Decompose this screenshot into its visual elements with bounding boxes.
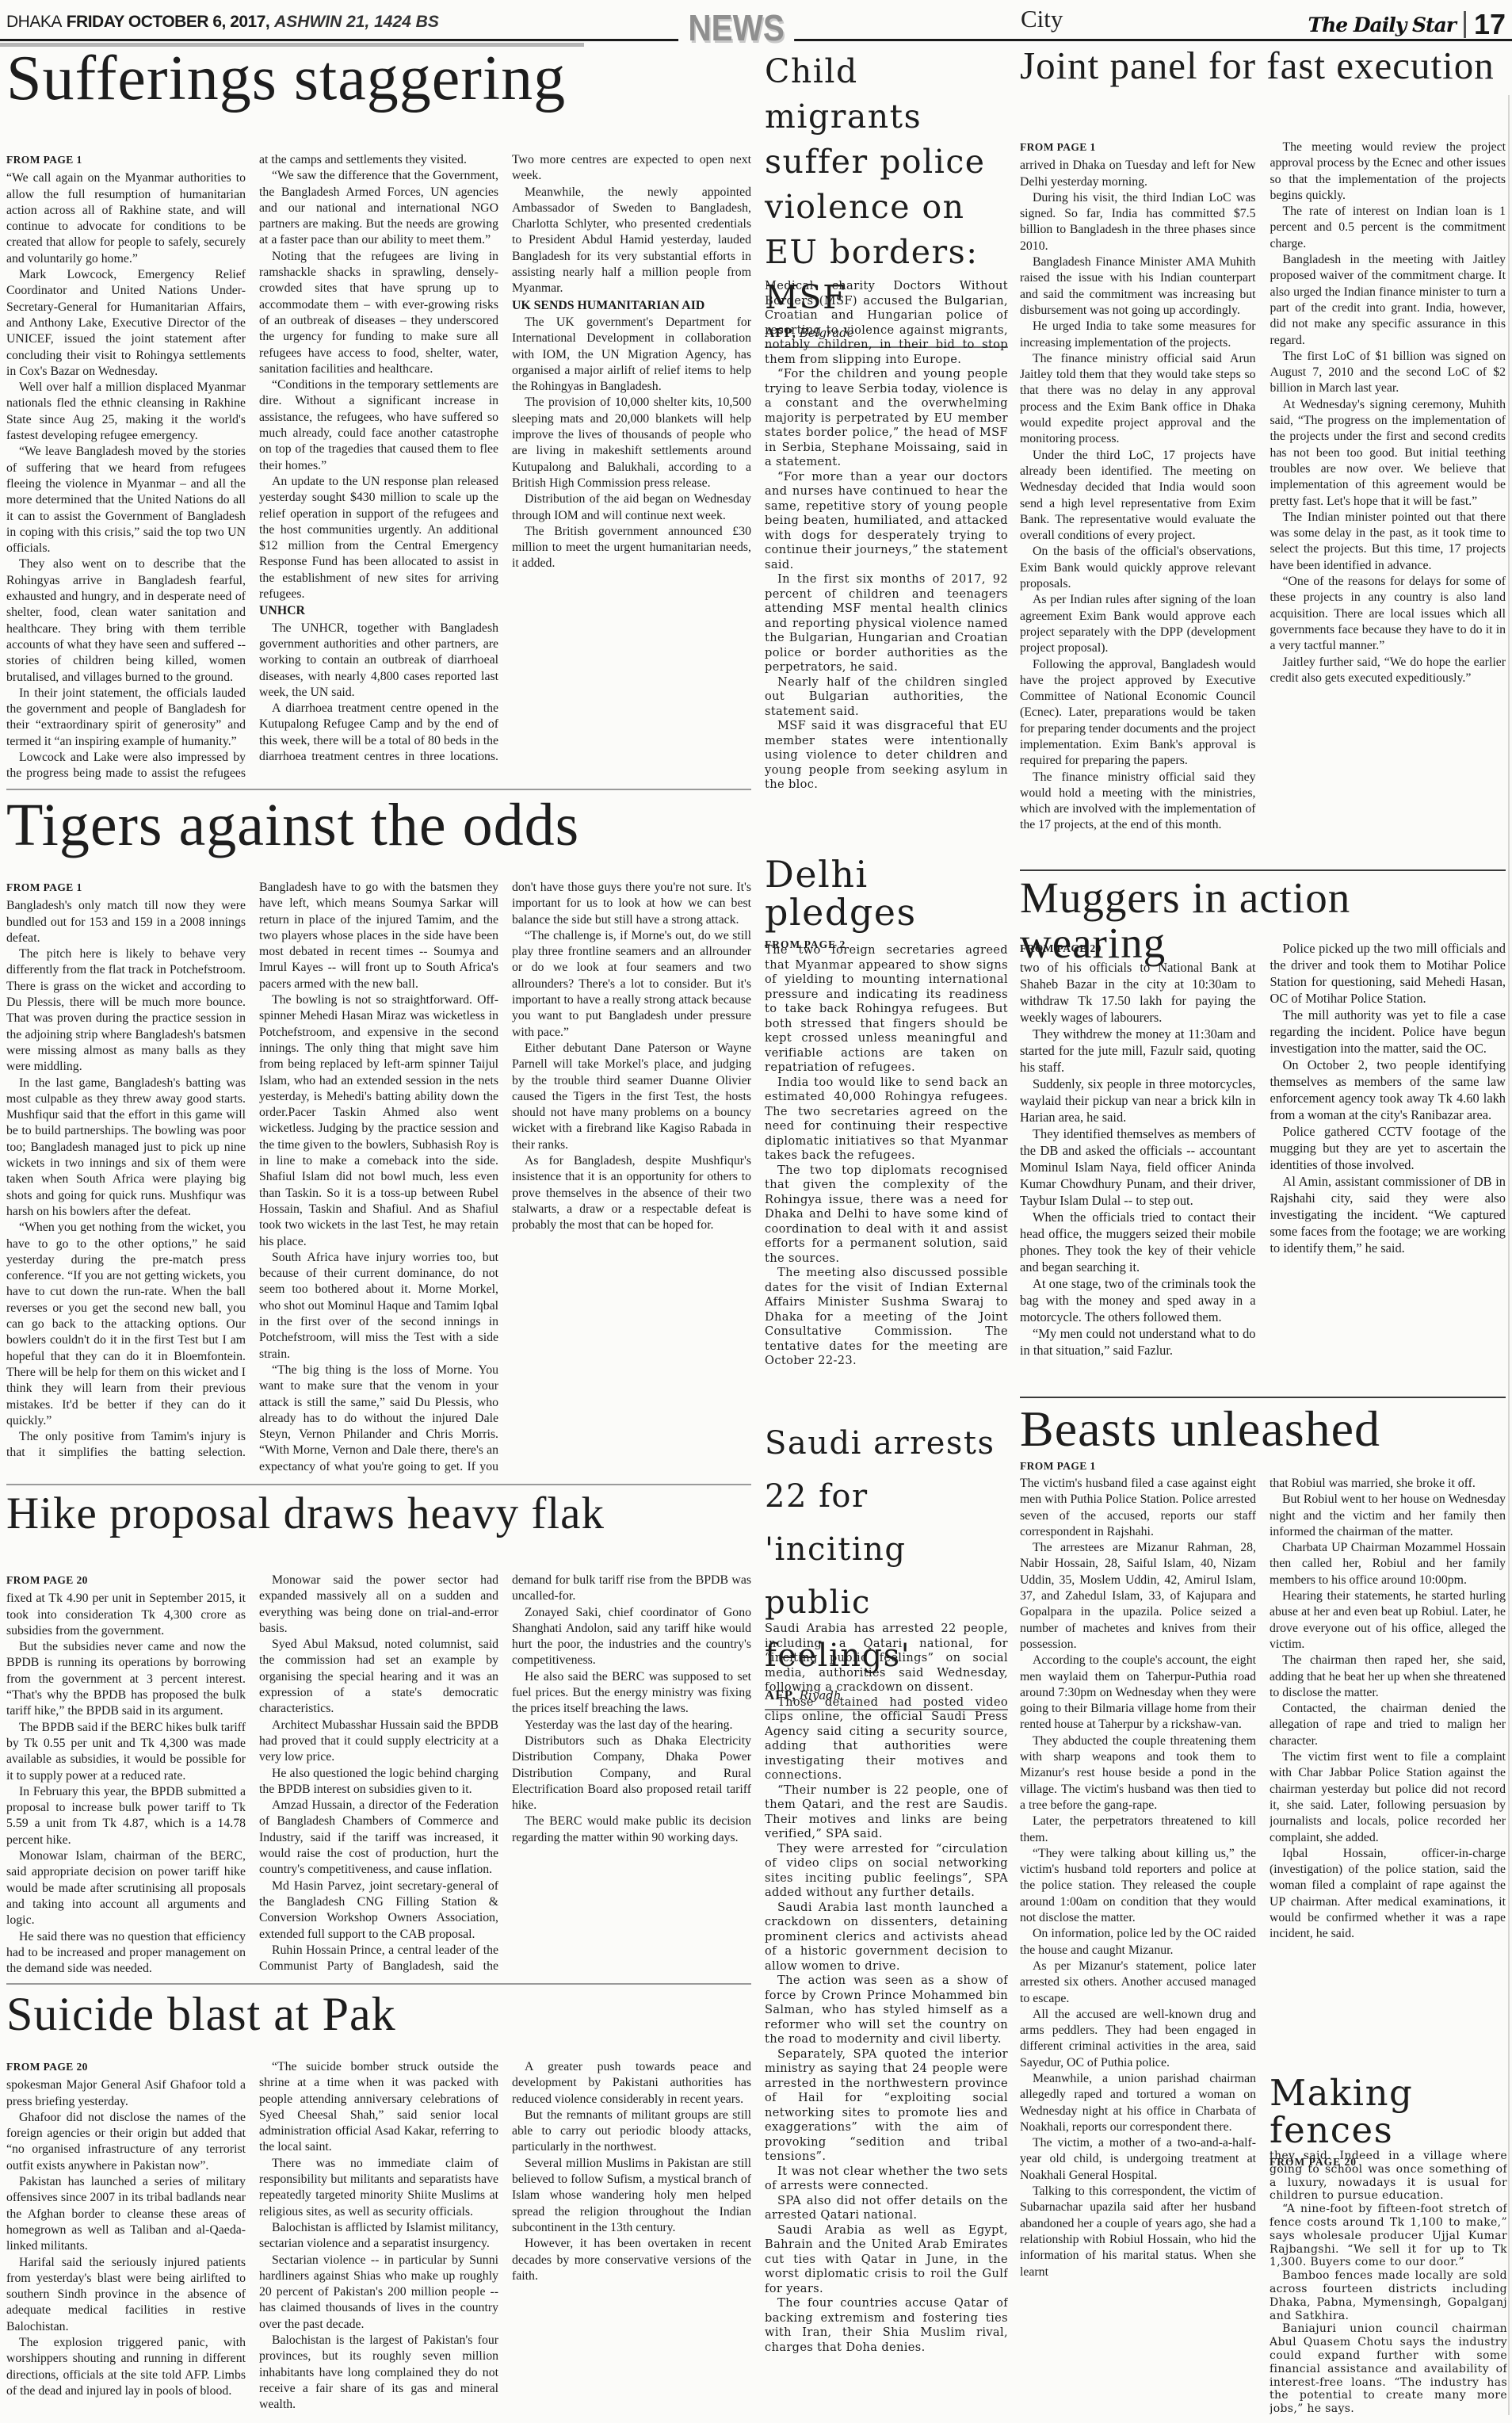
paragraph: Noting that the refugees are living in r… xyxy=(259,249,498,377)
paragraph: A greater push towards peace and develop… xyxy=(512,2059,751,2108)
headline: Sufferings staggering xyxy=(6,46,751,112)
paragraph: Jaitley further said, “We do hope the ea… xyxy=(1270,655,1506,687)
paragraph: The finance ministry official said they … xyxy=(1020,770,1256,834)
article-beasts: Beasts unleashed xyxy=(1020,1403,1506,1456)
headline: Joint panel for fast execution xyxy=(1020,46,1506,86)
paragraph: Yesterday was the last day of the hearin… xyxy=(512,1718,751,1733)
paragraph: Bangladesh's only match till now they we… xyxy=(6,898,246,946)
paragraph: Amzad Hussain, a director of the Federat… xyxy=(259,1798,498,1878)
divider xyxy=(6,789,751,790)
paragraph: The British government announced £30 mil… xyxy=(512,524,751,572)
kicker: FROM PAGE 1 xyxy=(6,152,246,168)
paragraph: Md Hasin Parvez, joint secretary-general… xyxy=(259,1878,498,1943)
paragraph: At one stage, two of the criminals took … xyxy=(1020,1275,1256,1325)
article-tigers-body: FROM PAGE 1 Bangladesh's only match till… xyxy=(6,880,751,1476)
paragraph: But the remnants of militant groups are … xyxy=(512,2108,751,2156)
article-child-body: Medical charity Doctors Without Borders … xyxy=(765,279,1008,843)
paragraph: The provision of 10,000 shelter kits, 10… xyxy=(512,395,751,491)
paragraph: South Africa have injury worries too, bu… xyxy=(259,1250,498,1362)
paragraph: Bangladesh in the meeting with Jaitley p… xyxy=(1270,252,1506,349)
paragraph: Distributors such as Dhaka Electricity D… xyxy=(512,1733,751,1813)
paragraph: Well over half a million displaced Myanm… xyxy=(6,380,246,444)
paragraph: Monowar said the power sector had expand… xyxy=(259,1573,498,1637)
dateline-date: FRIDAY OCTOBER 6, 2017, xyxy=(67,13,270,31)
newspaper-page: DHAKA FRIDAY OCTOBER 6, 2017, ASHWIN 21,… xyxy=(0,0,1512,2423)
paragraph: Harifal said the seriously injured patie… xyxy=(6,2255,246,2335)
masthead-separator xyxy=(1464,11,1466,38)
paragraph: Baniajuri union council chairman Abul Qu… xyxy=(1270,2322,1507,2416)
paragraph: The action was seen as a show of force b… xyxy=(765,1974,1008,2047)
paragraph: Saudi Arabia as well as Egypt, Bahrain a… xyxy=(765,2223,1008,2297)
paragraph: India too would like to send back an est… xyxy=(765,1076,1008,1164)
kicker: FROM PAGE 1 xyxy=(1020,139,1256,155)
paragraph: Several million Muslims in Pakistan are … xyxy=(512,2156,751,2236)
paragraph: Saudi Arabia last month launched a crack… xyxy=(765,1901,1008,1974)
paragraph: The UNHCR, together with Bangladesh gove… xyxy=(259,621,498,701)
paragraph: As per Indian rules after signing of the… xyxy=(1020,592,1256,656)
paragraph: Distribution of the aid began on Wednesd… xyxy=(512,491,751,524)
paragraph: Meanwhile, the newly appointed Ambassado… xyxy=(512,185,751,297)
paragraph: However, it has been overtaken in recent… xyxy=(512,2236,751,2284)
headline: Beasts unleashed xyxy=(1020,1403,1506,1456)
paragraph: They also went on to describe that the R… xyxy=(6,556,246,685)
paragraph: The victim's husband filed a case agains… xyxy=(1020,1476,1256,1540)
paragraph: Syed Abul Maksud, noted columnist, said … xyxy=(259,1637,498,1717)
paragraph: Balochistan is the largest of Pakistan's… xyxy=(259,2333,498,2413)
paragraph: Later, the perpetrators threatened to ki… xyxy=(1020,1813,1256,1846)
article-beasts-col1: The victim's husband filed a case agains… xyxy=(1020,1476,1256,2416)
paragraph: As for Bangladesh, despite Mushfiqur's i… xyxy=(512,1153,751,1233)
paragraph: Pakistan has launched a series of milita… xyxy=(6,2174,246,2254)
paragraph: Contacted, the chairman denied the alleg… xyxy=(1270,1701,1506,1749)
paragraph: “When you get nothing from the wicket, y… xyxy=(6,1220,246,1429)
paragraph: Zonayed Saki, chief coordinator of Gono … xyxy=(512,1605,751,1669)
paragraph: SPA also did not offer details on the ar… xyxy=(765,2194,1008,2223)
divider xyxy=(1020,1397,1506,1398)
paragraph: The two top diplomats recognised that gi… xyxy=(765,1164,1008,1267)
paragraph: Either debutant Dane Paterson or Wayne P… xyxy=(512,1041,751,1153)
paragraph: In the first six months of 2017, 92 perc… xyxy=(765,572,1008,675)
dateline-city: DHAKA xyxy=(6,13,62,31)
paragraph: There was no immediate claim of responsi… xyxy=(259,2156,498,2220)
paragraph: The finance ministry official said Arun … xyxy=(1020,351,1256,448)
paragraph: They identified themselves as members of… xyxy=(1020,1126,1256,1209)
paragraph: According to the couple's account, the e… xyxy=(1020,1653,1256,1733)
paragraph: Talking to this correspondent, the victi… xyxy=(1020,2184,1256,2280)
headline: Tigers against the odds xyxy=(6,794,751,857)
paragraph: spokesman Major General Asif Ghafoor tol… xyxy=(6,2077,246,2110)
paragraph: Al Amin, assistant commissioner of DB in… xyxy=(1270,1173,1506,1256)
paragraph: “A nine-foot by fifteen-foot stretch of … xyxy=(1270,2203,1507,2269)
paragraph: The UK government's Department for Inter… xyxy=(512,315,751,395)
paragraph: In their joint statement, the officials … xyxy=(6,686,246,750)
paragraph: They were arrested for “circulation of v… xyxy=(765,1842,1008,1901)
paragraph: The BPDB said if the BERC hikes bulk tar… xyxy=(6,1720,246,1784)
paragraph: All the accused are well-known drug and … xyxy=(1020,2007,1256,2071)
divider xyxy=(6,1983,751,1985)
paragraph: The chairman then raped her, she said, a… xyxy=(1270,1653,1506,1701)
paragraph: “For the children and young people tryin… xyxy=(765,367,1008,470)
paragraph: MSF said it was disgraceful that EU memb… xyxy=(765,719,1008,793)
paragraph: Bangladesh Finance Minister AMA Muhith r… xyxy=(1020,254,1256,319)
paragraph: The bowling is not so straightforward. O… xyxy=(259,992,498,1250)
paragraph: Iqbal Hossain, officer-in-charge (invest… xyxy=(1270,1846,1506,1943)
headline: Delhi pledges xyxy=(765,856,1008,932)
article-sufferings: Sufferings staggering xyxy=(6,46,751,112)
paragraph: “We leave Bangladesh moved by the storie… xyxy=(6,444,246,556)
article-hike: Hike proposal draws heavy flak xyxy=(6,1490,751,1537)
paragraph: In February this year, the BPDB submitte… xyxy=(6,1784,246,1848)
paragraph: The first LoC of $1 billion was signed o… xyxy=(1270,349,1506,397)
paragraph: “One of the reasons for delays for some … xyxy=(1270,574,1506,654)
article-sufferings-body: FROM PAGE 1 “We call again on the Myanma… xyxy=(6,152,751,793)
paragraph: The mill authority was yet to file a cas… xyxy=(1270,1007,1506,1057)
paragraph: He also said the BERC was supposed to se… xyxy=(512,1669,751,1718)
article-delhi: Delhi pledges FROM PAGE 2 xyxy=(765,856,1008,954)
headline: Making fences xyxy=(1270,2075,1507,2150)
masthead-logo: The Daily Star xyxy=(1308,13,1455,36)
headline: Hike proposal draws heavy flak xyxy=(6,1490,751,1537)
paragraph: During his visit, the third Indian LoC w… xyxy=(1020,190,1256,254)
paragraph: On the basis of the official's observati… xyxy=(1020,544,1256,592)
paragraph: The BERC would make public its decision … xyxy=(512,1813,751,1846)
paragraph: “We saw the difference that the Governme… xyxy=(259,168,498,248)
paragraph: The victim first went to file a complain… xyxy=(1270,1749,1506,1846)
paragraph: In the last game, Bangladesh's batting w… xyxy=(6,1076,246,1221)
paragraph: Under the third LoC, 17 projects have al… xyxy=(1020,448,1256,545)
paragraph: two of his officials to National Bank at… xyxy=(1020,959,1256,1026)
paragraph: As per Mizanur's statement, police later… xyxy=(1020,1959,1256,2007)
paragraph: “Conditions in the temporary settlements… xyxy=(259,377,498,474)
kicker: FROM PAGE 1 xyxy=(1020,1460,1256,1473)
article-beasts-col2: that Robiul was married, she broke it of… xyxy=(1270,1476,1506,2040)
paragraph: Separately, SPA quoted the interior mini… xyxy=(765,2047,1008,2165)
paragraph: “For more than a year our doctors and nu… xyxy=(765,470,1008,573)
paragraph: The arrestees are Mizanur Rahman, 28, Na… xyxy=(1020,1540,1256,1653)
paragraph: Medical charity Doctors Without Borders … xyxy=(765,279,1008,367)
paragraph: Sectarian violence -- in particular by S… xyxy=(259,2253,498,2333)
paragraph: On information, police led by the OC rai… xyxy=(1020,1926,1256,1959)
article-beasts-kicker: FROM PAGE 1 xyxy=(1020,1460,1256,1475)
paragraph: The pitch here is likely to behave very … xyxy=(6,946,246,1075)
paragraph: They withdrew the money at 11:30am and s… xyxy=(1020,1026,1256,1076)
article-joint-body: FROM PAGE 1 arrived in Dhaka on Tuesday … xyxy=(1020,139,1506,862)
paragraph: The victim, a mother of a two-and-a-half… xyxy=(1020,2135,1256,2184)
article-saudi-body: Saudi Arabia has arrested 22 people, inc… xyxy=(765,1622,1008,2416)
paragraph: Suddenly, six people in three motorcycle… xyxy=(1020,1076,1256,1126)
paragraph: Police picked up the two mill officials … xyxy=(1270,940,1506,1007)
paragraph: It was not clear whether the two sets of… xyxy=(765,2165,1008,2194)
subhead: UNHCR xyxy=(259,603,498,619)
paragraph: The two foreign secretaries agreed that … xyxy=(765,943,1008,1076)
paragraph: The explosion triggered panic, with wors… xyxy=(6,2335,246,2399)
dateline: DHAKA FRIDAY OCTOBER 6, 2017, ASHWIN 21,… xyxy=(6,13,439,32)
paragraph: arrived in Dhaka on Tuesday and left for… xyxy=(1020,158,1256,190)
paragraph: Charbata UP Chairman Mozammel Hossain th… xyxy=(1270,1540,1506,1588)
paragraph: Ghafoor did not disclose the names of th… xyxy=(6,2110,246,2174)
paragraph: that Robiul was married, she broke it of… xyxy=(1270,1476,1506,1492)
paragraph: Bamboo fences made locally are sold acro… xyxy=(1270,2269,1507,2322)
paragraph: On October 2, two people identifying the… xyxy=(1270,1057,1506,1123)
paragraph: fixed at Tk 4.90 per unit in September 2… xyxy=(6,1591,246,1639)
paragraph: Following the approval, Bangladesh would… xyxy=(1020,657,1256,770)
kicker: FROM PAGE 20 xyxy=(6,1573,246,1588)
paragraph: The meeting also discussed possible date… xyxy=(765,1266,1008,1369)
article-fences-body: they said. Indeed in a village where goi… xyxy=(1270,2150,1507,2417)
paragraph: Nearly half of the children singled out … xyxy=(765,675,1008,720)
paragraph: When the officials tried to contact thei… xyxy=(1020,1209,1256,1275)
paragraph: He also questioned the logic behind char… xyxy=(259,1766,498,1798)
article-muggers-body: FROM PAGE 20 two of his officials to Nat… xyxy=(1020,940,1506,1381)
paragraph: “Their number is 22 people, one of them … xyxy=(765,1783,1008,1842)
kicker: FROM PAGE 1 xyxy=(6,880,246,896)
paragraph: The Indian minister pointed out that the… xyxy=(1270,510,1506,574)
paragraph: “The suicide bomber struck outside the s… xyxy=(259,2059,498,2156)
paragraph: Mark Lowcock, Emergency Relief Coordinat… xyxy=(6,267,246,380)
page-edge-line xyxy=(1508,95,1510,2415)
article-delhi-body: The two foreign secretaries agreed that … xyxy=(765,943,1008,1409)
page-number: 17 xyxy=(1474,8,1506,41)
paragraph: “My men could not understand what to do … xyxy=(1020,1325,1256,1359)
paragraph: Balochistan is afflicted by Islamist mil… xyxy=(259,2220,498,2253)
article-suicide: Suicide blast at Pak xyxy=(6,1989,751,2039)
paragraph: He urged India to take some measures for… xyxy=(1020,319,1256,351)
subhead: UK SENDS HUMANITARIAN AID xyxy=(512,298,751,314)
article-tigers: Tigers against the odds xyxy=(6,794,751,857)
paragraph: they said. Indeed in a village where goi… xyxy=(1270,2150,1507,2203)
paragraph: The rate of interest on Indian loan is 1… xyxy=(1270,204,1506,252)
divider xyxy=(1020,869,1506,871)
paragraph: Those detained had posted video clips on… xyxy=(765,1695,1008,1783)
paragraph: Monowar Islam, chairman of the BERC, sai… xyxy=(6,1848,246,1928)
article-hike-body: FROM PAGE 20 fixed at Tk 4.90 per unit i… xyxy=(6,1573,751,1978)
paragraph: The meeting would review the project app… xyxy=(1270,139,1506,204)
paragraph: Police gathered CCTV footage of the mugg… xyxy=(1270,1123,1506,1173)
headline: Suicide blast at Pak xyxy=(6,1989,751,2039)
paragraph: But the subsidies never came and now the… xyxy=(6,1639,246,1719)
paragraph: Meanwhile, a union parishad chairman all… xyxy=(1020,2071,1256,2135)
divider xyxy=(6,1484,751,1485)
paragraph: “The challenge is, if Morne's out, do we… xyxy=(512,928,751,1041)
article-joint: Joint panel for fast execution xyxy=(1020,46,1506,86)
paragraph: The four countries accuse Qatar of backi… xyxy=(765,2296,1008,2355)
kicker: FROM PAGE 20 xyxy=(6,2059,246,2075)
kicker: FROM PAGE 20 xyxy=(1020,940,1256,957)
paragraph: At Wednesday's signing ceremony, Muhith … xyxy=(1270,397,1506,510)
paragraph: He said there was no question that effic… xyxy=(6,1929,246,1978)
subsection-title: City xyxy=(1021,5,1063,33)
paragraph: But Robiul went to her house on Wednesda… xyxy=(1270,1492,1506,1540)
article-suicide-body: FROM PAGE 20 spokesman Major General Asi… xyxy=(6,2059,751,2417)
paragraph: They abducted the couple threatening the… xyxy=(1020,1733,1256,1813)
paragraph: Architect Mubasshar Hussain said the BPD… xyxy=(259,1718,498,1766)
paragraph: An update to the UN response plan releas… xyxy=(259,474,498,602)
dateline-bangla: ASHWIN 21, 1424 BS xyxy=(274,13,439,31)
paragraph: Saudi Arabia has arrested 22 people, inc… xyxy=(765,1622,1008,1695)
paragraph: Hearing their statements, he started hur… xyxy=(1270,1588,1506,1653)
paragraph: “We call again on the Myanmar authoritie… xyxy=(6,170,246,267)
section-title: NEWS xyxy=(678,6,794,49)
paragraph: “They were talking about killing us,” th… xyxy=(1020,1846,1256,1926)
masthead-group: The Daily Star 17 xyxy=(1308,8,1506,41)
